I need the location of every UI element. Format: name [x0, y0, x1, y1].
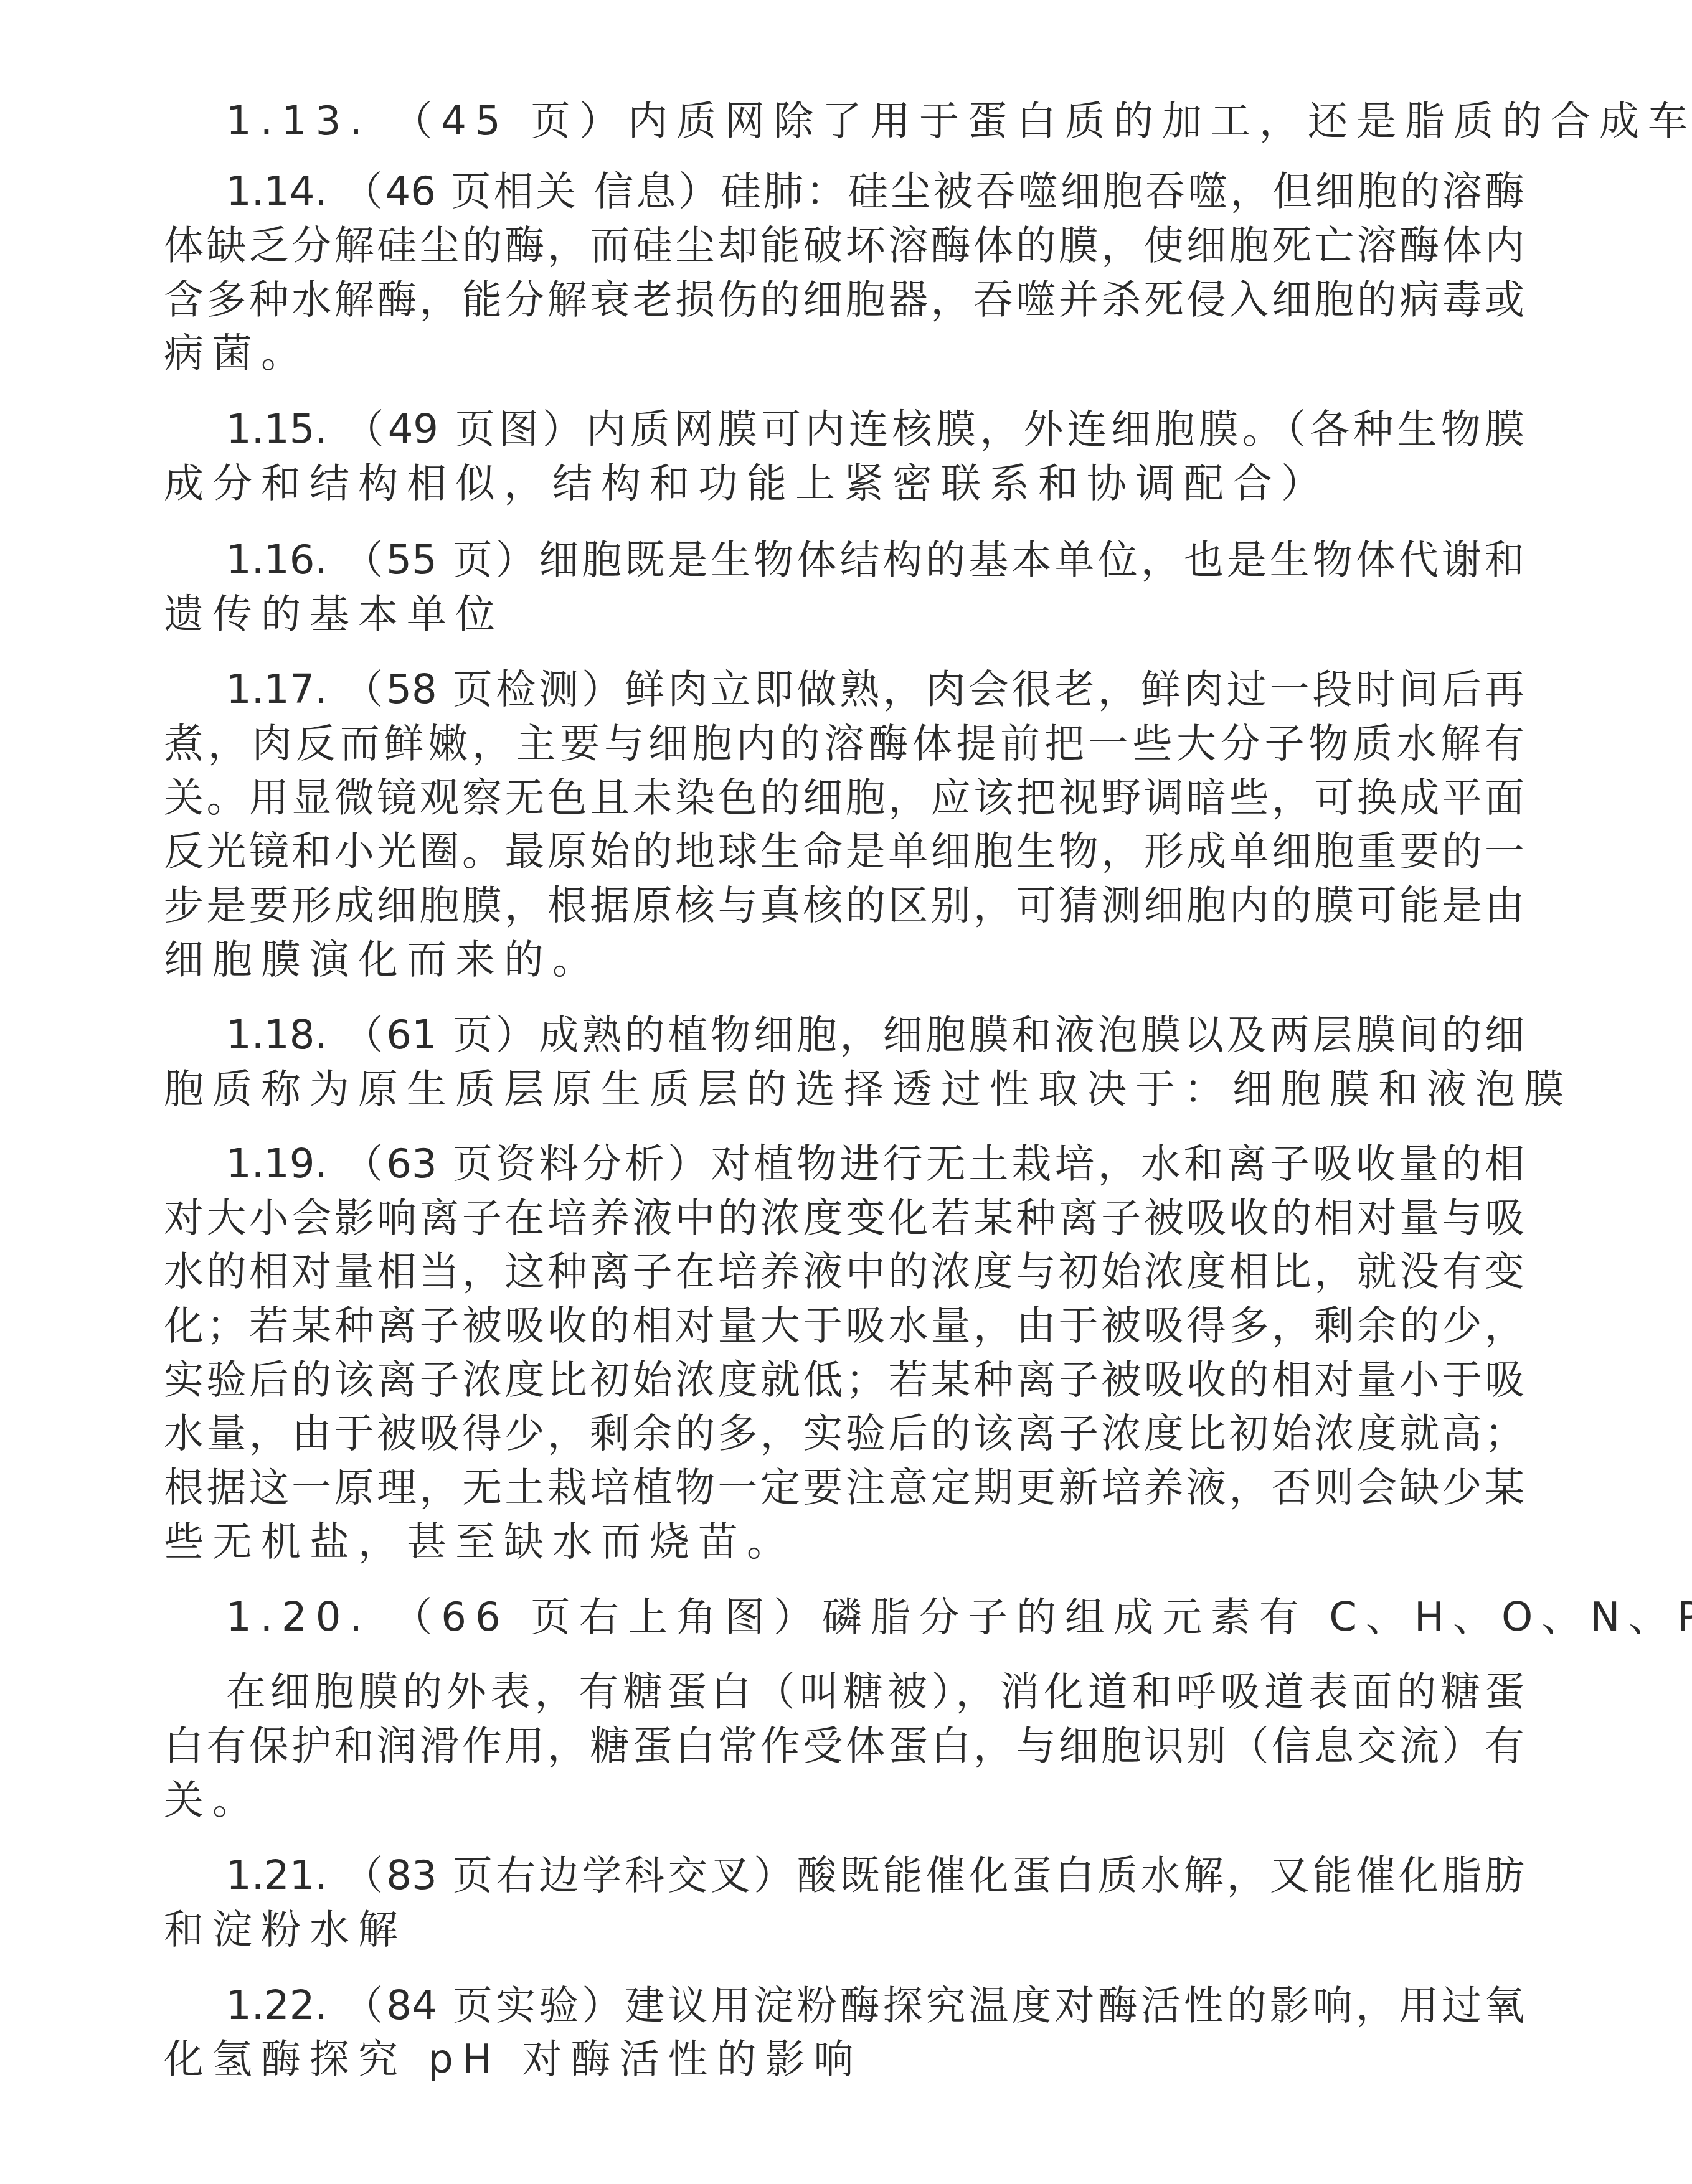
paragraph-1-14-line-1: 1.14. （46 页相关 信息）硅肺：硅尘被吞噬细胞吞噬，但细胞的溶酶 [226, 164, 1524, 219]
paragraph-1-18-line-2: 胞质称为原生质层原生质层的选择透过性取决于：细胞膜和液泡膜 [164, 1062, 1524, 1117]
paragraph-1-14-line-2: 体缺乏分解硅尘的酶，而硅尘却能破坏溶酶体的膜，使细胞死亡溶酶体内 [164, 219, 1524, 273]
paragraph-1-18-line-1: 1.18. （61 页）成熟的植物细胞，细胞膜和液泡膜以及两层膜间的细 [226, 1008, 1524, 1063]
paragraph-1-19-line-2: 对大小会影响离子在培养液中的浓度变化若某种离子被吸收的相对量与吸 [164, 1191, 1524, 1246]
paragraph-1-15-line-1: 1.15. （49 页图）内质网膜可内连核膜，外连细胞膜。（各种生物膜 [226, 402, 1524, 457]
paragraph-1-15-line-2: 成分和结构相似，结构和功能上紧密联系和协调配合） [164, 456, 1524, 511]
paragraph-1-21-line-2: 和淀粉水解 [164, 1903, 1524, 1957]
paragraph-glycoprotein-line-2: 白有保护和润滑作用，糖蛋白常作受体蛋白，与细胞识别（信息交流）有 [164, 1719, 1524, 1774]
paragraph-1-17-line-6: 细胞膜演化而来的。 [164, 933, 1524, 987]
paragraph-1-19-line-1: 1.19. （63 页资料分析）对植物进行无土栽培，水和离子吸收量的相 [226, 1137, 1524, 1192]
paragraph-1-17-line-1: 1.17. （58 页检测）鲜肉立即做熟，肉会很老，鲜肉过一段时间后再 [226, 662, 1524, 717]
paragraph-1-19-line-4: 化；若某种离子被吸收的相对量大于吸水量，由于被吸得多，剩余的少， [164, 1299, 1524, 1353]
paragraph-1-20-line-1: 1.20. （66 页右上角图）磷脂分子的组成元素有 C、H、O、N、P [226, 1590, 1524, 1645]
paragraph-1-19-line-8: 些无机盐，甚至缺水而烧苗。 [164, 1515, 1524, 1570]
paragraph-1-19-line-3: 水的相对量相当，这种离子在培养液中的浓度与初始浓度相比，就没有变 [164, 1245, 1524, 1299]
paragraph-1-14-line-3: 含多种水解酶，能分解衰老损伤的细胞器，吞噬并杀死侵入细胞的病毒或 [164, 273, 1524, 327]
paragraph-1-17-line-2: 煮，肉反而鲜嫩，主要与细胞内的溶酶体提前把一些大分子物质水解有 [164, 717, 1524, 771]
paragraph-1-16-line-2: 遗传的基本单位 [164, 587, 1524, 642]
paragraph-1-17-line-3: 关。用显微镜观察无色且未染色的细胞，应该把视野调暗些，可换成平面 [164, 771, 1524, 826]
paragraph-1-21-line-1: 1.21. （83 页右边学科交叉）酸既能催化蛋白质水解，又能催化脂肪 [226, 1848, 1524, 1903]
paragraph-1-14-line-4: 病菌。 [164, 326, 1524, 381]
document-page: 1.13. （45 页）内质网除了用于蛋白质的加工，还是脂质的合成车间 1.14… [0, 0, 1692, 2184]
paragraph-1-19-line-5: 实验后的该离子浓度比初始浓度就低；若某种离子被吸收的相对量小于吸 [164, 1353, 1524, 1408]
paragraph-1-17-line-4: 反光镜和小光圈。最原始的地球生命是单细胞生物，形成单细胞重要的一 [164, 824, 1524, 879]
paragraph-1-19-line-7: 根据这一原理，无土栽培植物一定要注意定期更新培养液，否则会缺少某 [164, 1461, 1524, 1515]
paragraph-glycoprotein-line-3: 关。 [164, 1773, 1524, 1828]
paragraph-1-22-line-1: 1.22. （84 页实验）建议用淀粉酶探究温度对酶活性的影响，用过氧 [226, 1979, 1524, 2033]
paragraph-1-22-line-2: 化氢酶探究 pH 对酶活性的影响 [164, 2032, 1524, 2087]
paragraph-1-19-line-6: 水量，由于被吸得少，剩余的多，实验后的该离子浓度比初始浓度就高； [164, 1406, 1524, 1461]
paragraph-1-16-line-1: 1.16. （55 页）细胞既是生物体结构的基本单位，也是生物体代谢和 [226, 533, 1524, 588]
paragraph-1-17-line-5: 步是要形成细胞膜，根据原核与真核的区别，可猜测细胞内的膜可能是由 [164, 878, 1524, 933]
paragraph-glycoprotein-line-1: 在细胞膜的外表，有糖蛋白（叫糖被），消化道和呼吸道表面的糖蛋 [226, 1665, 1524, 1720]
paragraph-1-13-line-1: 1.13. （45 页）内质网除了用于蛋白质的加工，还是脂质的合成车间 [226, 94, 1524, 149]
